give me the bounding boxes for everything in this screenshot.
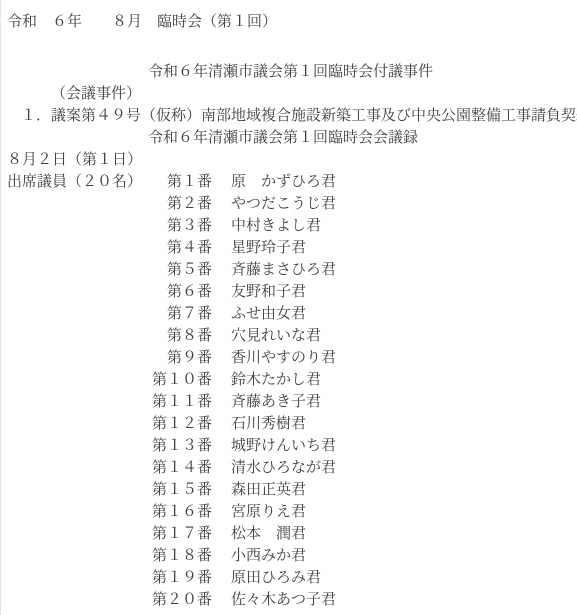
seat-number: 第９番	[7, 346, 212, 368]
roster-row: 第１５番 森田正英君	[7, 478, 577, 500]
seat-number: 第１２番	[7, 412, 212, 434]
roster-row: 出席議員（２０名） 第１番 原 かずひろ君	[7, 170, 577, 192]
attendance-label: 出席議員（２０名）	[7, 170, 142, 192]
attendance-roster: 出席議員（２０名） 第１番 原 かずひろ君 第２番 やつだこうじ君 第３番 中村…	[7, 170, 577, 610]
roster-row: 第２番 やつだこうじ君	[7, 192, 577, 214]
member-name: 佐々木あつ子君	[231, 588, 336, 610]
seat-number: 第１５番	[7, 478, 212, 500]
member-name: 小西みか君	[231, 544, 306, 566]
roster-row: 第１６番 宮原りえ君	[7, 500, 577, 522]
session-title: 令和 ６年 ８月 臨時会（第１回）	[7, 10, 577, 32]
meeting-items-label: （会議事件）	[51, 82, 577, 104]
roster-row: 第６番 友野和子君	[7, 280, 577, 302]
seat-number: 第１８番	[7, 544, 212, 566]
member-name: 原 かずひろ君	[231, 170, 336, 192]
seat-number: 第８番	[7, 324, 212, 346]
member-name: 友野和子君	[231, 280, 306, 302]
seat-number: 第２０番	[7, 588, 212, 610]
member-name: 香川やすのり君	[231, 346, 336, 368]
member-name: 清水ひろなが君	[231, 456, 336, 478]
seat-number: 第３番	[7, 214, 212, 236]
member-name: 中村きよし君	[231, 214, 321, 236]
member-name: 斉藤まさひろ君	[231, 258, 336, 280]
seat-number: 第１１番	[7, 390, 212, 412]
roster-row: 第１９番 原田ひろみ君	[7, 566, 577, 588]
agenda-title: 令和６年清瀬市議会第１回臨時会付議事件	[148, 60, 577, 82]
seat-number: 第１０番	[7, 368, 212, 390]
seat-number: 第６番	[7, 280, 212, 302]
roster-row: 第１０番 鈴木たかし君	[7, 368, 577, 390]
member-name: 松本 潤君	[231, 522, 306, 544]
roster-row: 第４番 星野玲子君	[7, 236, 577, 258]
seat-number: 第１４番	[7, 456, 212, 478]
roster-row: 第１４番 清水ひろなが君	[7, 456, 577, 478]
seat-number: 第４番	[7, 236, 212, 258]
bill-title: （仮称）南部地域複合施設新築工事及び中央公園整備工事請負契約	[141, 104, 577, 126]
roster-row: 第１３番 城野けんいち君	[7, 434, 577, 456]
member-name: 城野けんいち君	[231, 434, 336, 456]
member-name: 原田ひろみ君	[231, 566, 321, 588]
bill-line: １．議案第４９号 （仮称）南部地域複合施設新築工事及び中央公園整備工事請負契約	[7, 104, 577, 126]
minutes-title: 令和６年清瀬市議会第１回臨時会会議録	[148, 126, 577, 148]
roster-row: 第７番 ふせ由女君	[7, 302, 577, 324]
member-name: 石川秀樹君	[231, 412, 306, 434]
seat-number: 第５番	[7, 258, 212, 280]
member-name: 鈴木たかし君	[231, 368, 321, 390]
member-name: 星野玲子君	[231, 236, 306, 258]
member-name: 斉藤あき子君	[231, 390, 321, 412]
blank-line	[7, 32, 577, 60]
member-name: 森田正英君	[231, 478, 306, 500]
seat-number: 第１３番	[7, 434, 212, 456]
seat-number: 第７番	[7, 302, 212, 324]
seat-number: 第２番	[7, 192, 212, 214]
roster-row: 第８番 穴見れいな君	[7, 324, 577, 346]
roster-row: 第９番 香川やすのり君	[7, 346, 577, 368]
roster-row: 第１２番 石川秀樹君	[7, 412, 577, 434]
roster-row: 第１７番 松本 潤君	[7, 522, 577, 544]
seat-number: 第１９番	[7, 566, 212, 588]
roster-row: 第１８番 小西みか君	[7, 544, 577, 566]
roster-row: 第２０番 佐々木あつ子君	[7, 588, 577, 610]
minutes-document-page: 令和 ６年 ８月 臨時会（第１回） 令和６年清瀬市議会第１回臨時会付議事件 （会…	[0, 0, 577, 615]
member-name: 宮原りえ君	[231, 500, 306, 522]
bill-number: １．議案第４９号	[21, 104, 141, 126]
date-line: ８月２日（第１日）	[7, 148, 577, 170]
roster-row: 第１１番 斉藤あき子君	[7, 390, 577, 412]
roster-row: 第３番 中村きよし君	[7, 214, 577, 236]
seat-number: 第１６番	[7, 500, 212, 522]
member-name: ふせ由女君	[231, 302, 306, 324]
seat-number: 第１７番	[7, 522, 212, 544]
roster-row: 第５番 斉藤まさひろ君	[7, 258, 577, 280]
member-name: やつだこうじ君	[231, 192, 336, 214]
member-name: 穴見れいな君	[231, 324, 321, 346]
